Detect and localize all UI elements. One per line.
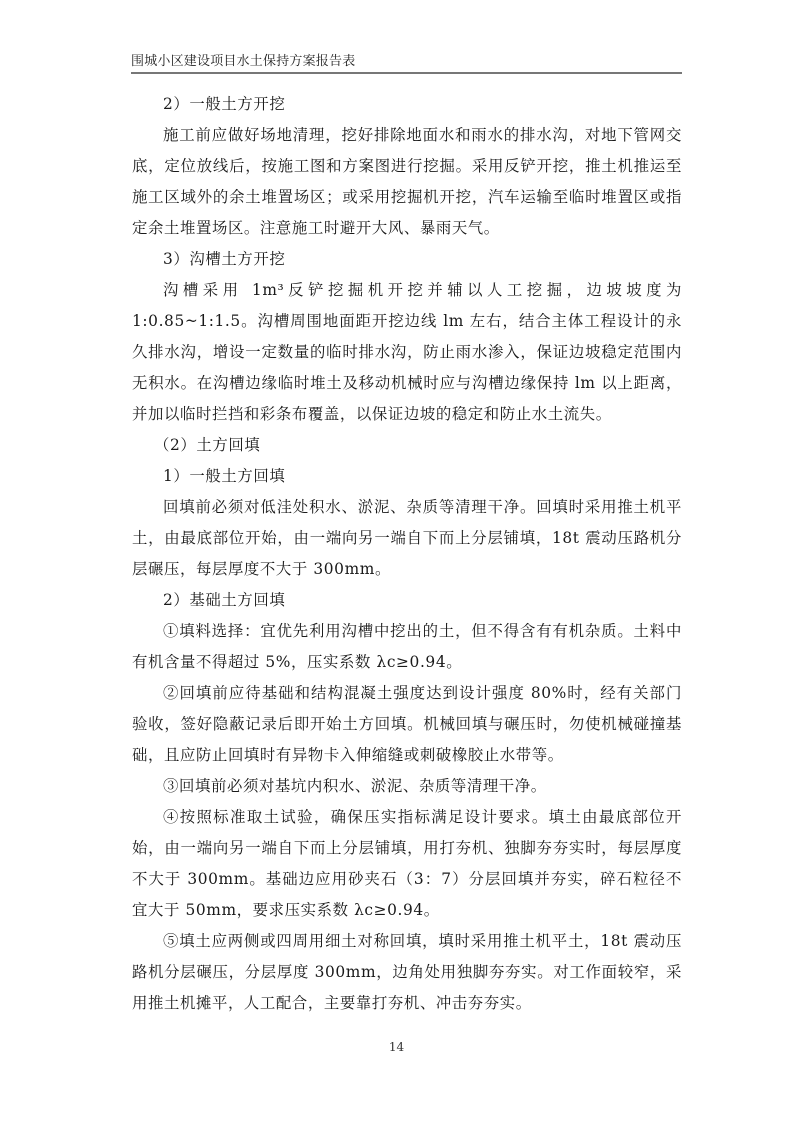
paragraph-soil-testing: ④按照标准取土试验，确保压实指标满足设计要求。填土由最底部位开始，由一端向另一端… (132, 802, 682, 926)
running-header: 围城小区建设项目水土保持方案报告表 (131, 54, 682, 70)
document-body: 2）一般土方开挖 施工前应做好场地清理，挖好排除地面水和雨水的排水沟，对地下管网… (132, 89, 682, 1019)
paragraph-general-backfill: 回填前必须对低洼处积水、淤泥、杂质等清理干净。回填时采用推土机平土，由最底部位开… (132, 492, 682, 585)
subheading-foundation-backfill: 2）基础土方回填 (132, 585, 682, 616)
paragraph-symmetric-fill: ⑤填土应两侧或四周用细土对称回填，填时采用推土机平土，18t 震动压路机分层碾压… (132, 926, 682, 1019)
subheading-trench-excavation: 3）沟槽土方开挖 (132, 244, 682, 275)
paragraph-concrete-strength: ②回填前应待基础和结构混凝土强度达到设计强度 80%时，经有关部门验收，签好隐蔽… (132, 678, 682, 771)
subheading-general-backfill: 1）一般土方回填 (132, 461, 682, 492)
header-rule (131, 72, 682, 74)
paragraph-trench-excavation: 沟槽采用 1m³反铲挖掘机开挖并辅以人工挖掘，边坡坡度为 1:0.85~1:1.… (132, 275, 682, 430)
paragraph-general-excavation: 施工前应做好场地清理，挖好排除地面水和雨水的排水沟，对地下管网交底，定位放线后，… (132, 120, 682, 244)
paragraph-fill-material: ①填料选择：宜优先利用沟槽中挖出的土，但不得含有有机杂质。土料中有机含量不得超过… (132, 616, 682, 678)
paragraph-pit-cleaning: ③回填前必须对基坑内积水、淤泥、杂质等清理干净。 (132, 771, 682, 802)
subheading-general-excavation: 2）一般土方开挖 (132, 89, 682, 120)
section-heading-backfill: （2）土方回填 (132, 430, 682, 461)
page-number: 14 (0, 1040, 793, 1054)
